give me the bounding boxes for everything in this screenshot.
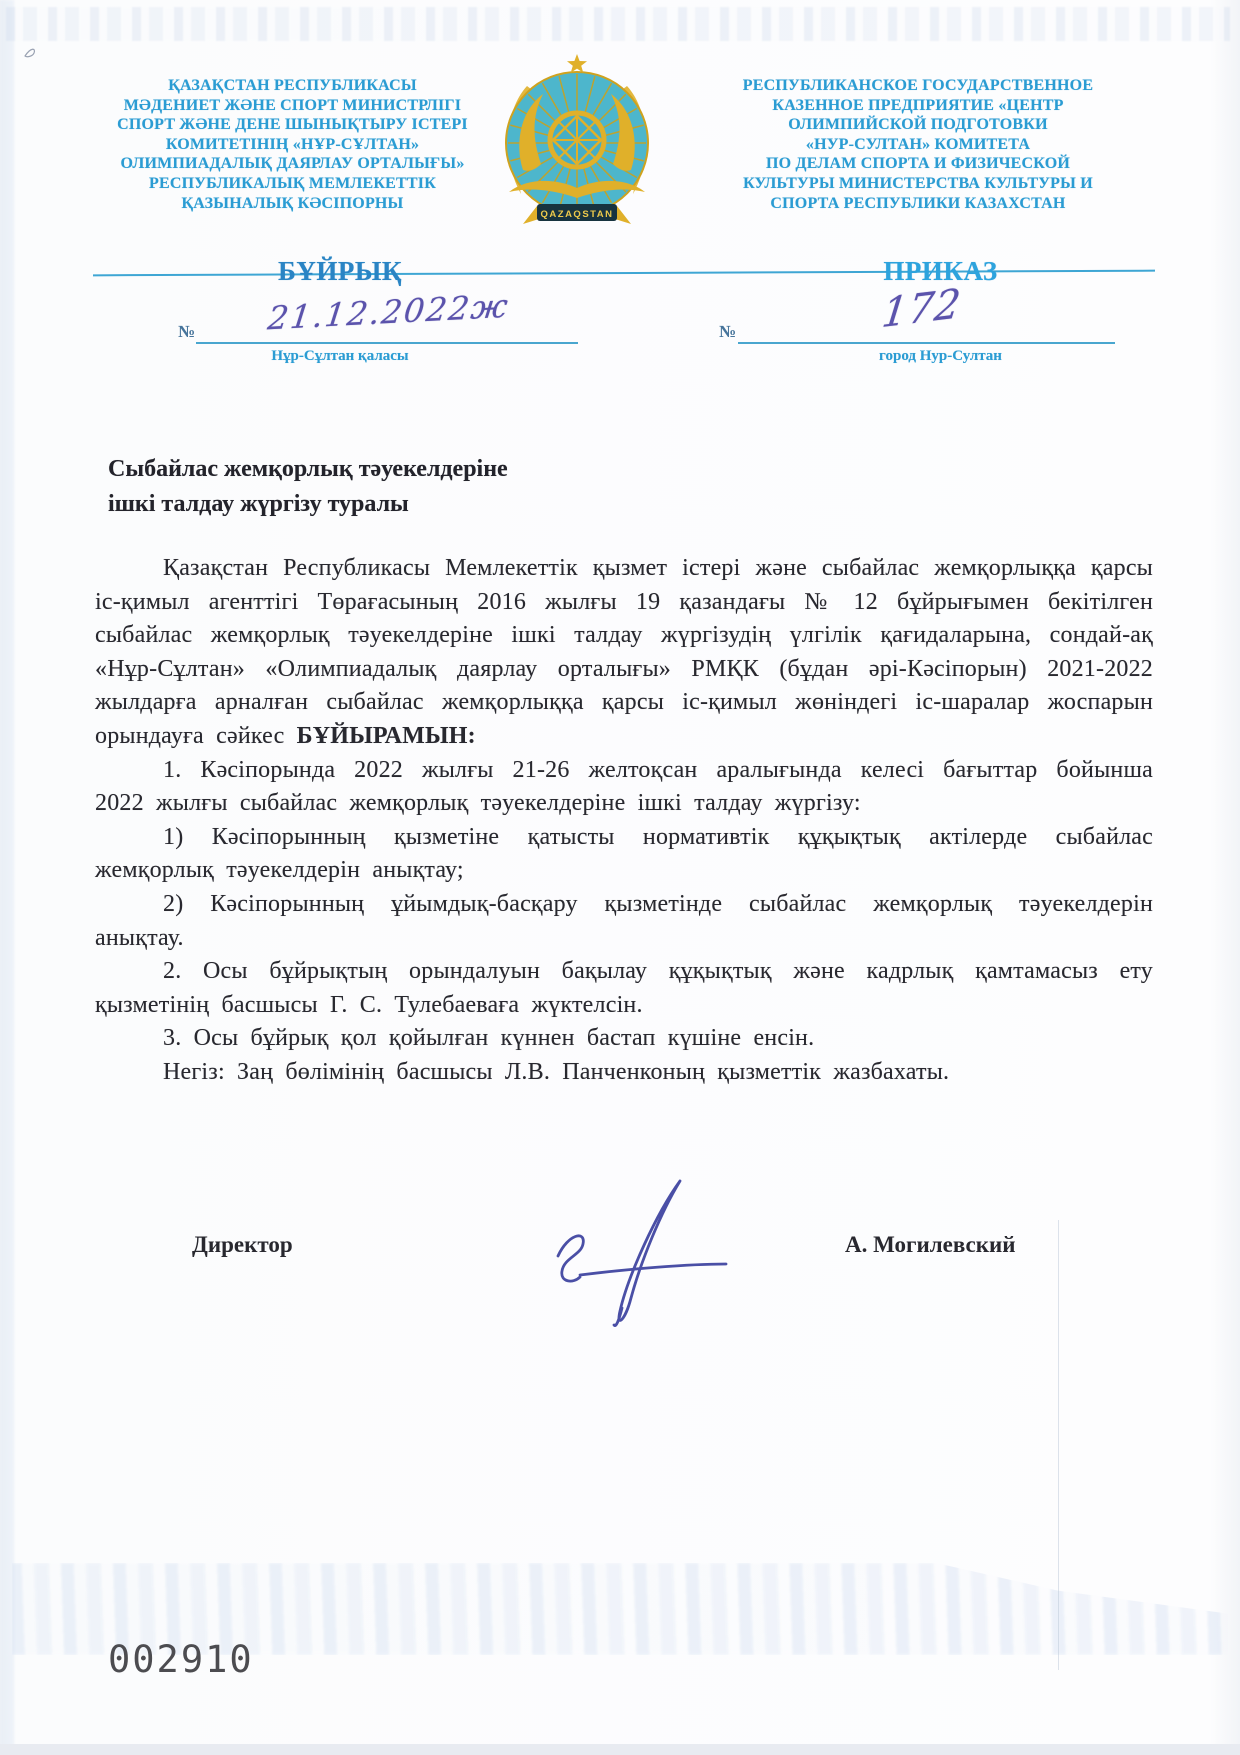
- org-name-russian: РЕСПУБЛИКАНСКОЕ ГОСУДАРСТВЕННОЕ КАЗЕННОЕ…: [683, 76, 1153, 213]
- place-label-russian: город Нур-Султан: [828, 348, 1053, 365]
- org-line: КАЗЕННОЕ ПРЕДПРИЯТИЕ «ЦЕНТР: [683, 96, 1153, 116]
- number-label-kazakh: №: [178, 322, 195, 342]
- body-paragraph: Қазақстан Республикасы Мемлекеттік қызме…: [95, 552, 1153, 754]
- org-line: ОЛИМПИАДАЛЫҚ ДАЯРЛАУ ОРТАЛЫҒЫ»: [95, 154, 490, 174]
- handwritten-order-number: 172: [879, 281, 964, 338]
- org-line: СПОРТА РЕСПУБЛИКИ КАЗАХСТАН: [683, 194, 1153, 214]
- order-title-russian: ПРИКАЗ: [843, 256, 1038, 287]
- emblem-banner-text: QAZAQSTAN: [541, 209, 614, 220]
- org-name-kazakh: ҚАЗАҚСТАН РЕСПУБЛИКАСЫ МӘДЕНИЕТ ЖӘНЕ СПО…: [95, 76, 490, 213]
- body-paragraph: Негіз: Заң бөлімінің басшысы Л.В. Панчен…: [95, 1056, 1153, 1090]
- body-paragraph: 1) Кәсіпорынның қызметіне қатысты нормат…: [95, 821, 1153, 888]
- subject-line: ішкі талдау жүргізу туралы: [108, 487, 508, 522]
- org-line: КУЛЬТУРЫ МИНИСТЕРСТВА КУЛЬТУРЫ И: [683, 174, 1153, 194]
- org-line: РЕСПУБЛИКАЛЫҚ МЕМЛЕКЕТТІК: [95, 174, 490, 194]
- paragraph-text: Негіз: Заң бөлімінің басшысы Л.В. Панчен…: [163, 1059, 949, 1085]
- org-line: ПО ДЕЛАМ СПОРТА И ФИЗИЧЕСКОЙ: [683, 154, 1153, 174]
- scan-noise-band-top: [6, 7, 1230, 41]
- org-line: ҚАЗАҚСТАН РЕСПУБЛИКАСЫ: [95, 76, 490, 96]
- stray-pen-mark-icon: [22, 46, 38, 65]
- order-subject: Сыбайлас жемқорлық тәуекелдеріне ішкі та…: [108, 452, 508, 522]
- handwritten-date: 21.12.2022ж: [266, 287, 512, 338]
- paragraph-text: 2) Кәсіпорынның ұйымдық-басқару қызметін…: [95, 891, 1153, 951]
- paragraph-text: 1. Кәсіпорында 2022 жылғы 21-26 желтоқса…: [95, 757, 1153, 817]
- signatory-role: Директор: [192, 1232, 293, 1258]
- body-paragraph: 3. Осы бұйрық қол қойылған күннен бастап…: [95, 1022, 1153, 1056]
- number-underline-kazakh: [196, 342, 578, 344]
- paragraph-text: 1) Кәсіпорынның қызметіне қатысты нормат…: [95, 824, 1153, 884]
- place-label-kazakh: Нұр-Сұлтан қаласы: [245, 348, 435, 365]
- order-body: Қазақстан Республикасы Мемлекеттік қызме…: [95, 552, 1153, 1090]
- number-underline-russian: [738, 342, 1115, 344]
- signatory-name: А. Могилевский: [845, 1232, 1016, 1258]
- kazakhstan-state-emblem-icon: QAZAQSTAN: [497, 48, 657, 238]
- org-line: «НУР-СУЛТАН» КОМИТЕТА: [683, 135, 1153, 155]
- scan-crease-line: [1058, 1220, 1059, 1670]
- form-serial-number: 002910: [108, 1638, 254, 1681]
- handwritten-signature-icon: [528, 1178, 763, 1333]
- org-line: ҚАЗЫНАЛЫҚ КӘСІПОРНЫ: [95, 194, 490, 214]
- scanned-order-document: ҚАЗАҚСТАН РЕСПУБЛИКАСЫ МӘДЕНИЕТ ЖӘНЕ СПО…: [0, 0, 1240, 1755]
- scan-noise-edge-left: [0, 0, 14, 1755]
- order-title-kazakh: БҰЙРЫҚ: [245, 256, 435, 287]
- org-line: МӘДЕНИЕТ ЖӘНЕ СПОРТ МИНИСТРЛІГІ: [95, 96, 490, 116]
- paragraph-text: 3. Осы бұйрық қол қойылған күннен бастап…: [163, 1025, 814, 1051]
- paragraph-text: 2. Осы бұйрықтың орындалуын бақылау құқы…: [95, 958, 1153, 1018]
- org-line: РЕСПУБЛИКАНСКОЕ ГОСУДАРСТВЕННОЕ: [683, 76, 1153, 96]
- org-line: СПОРТ ЖӘНЕ ДЕНЕ ШЫНЫҚТЫРУ ІСТЕРІ: [95, 115, 490, 135]
- subject-line: Сыбайлас жемқорлық тәуекелдеріне: [108, 452, 508, 487]
- paragraph-bold-text: БҰЙЫРАМЫН:: [297, 723, 476, 749]
- number-label-russian: №: [719, 322, 736, 342]
- org-line: КОМИТЕТІНІҢ «НҰР-СҰЛТАН»: [95, 135, 490, 155]
- body-paragraph: 2) Кәсіпорынның ұйымдық-басқару қызметін…: [95, 888, 1153, 955]
- body-paragraph: 1. Кәсіпорында 2022 жылғы 21-26 желтоқса…: [95, 754, 1153, 821]
- body-paragraph: 2. Осы бұйрықтың орындалуын бақылау құқы…: [95, 955, 1153, 1022]
- paragraph-text: Қазақстан Республикасы Мемлекеттік қызме…: [95, 555, 1153, 749]
- org-line: ОЛИМПИЙСКОЙ ПОДГОТОВКИ: [683, 115, 1153, 135]
